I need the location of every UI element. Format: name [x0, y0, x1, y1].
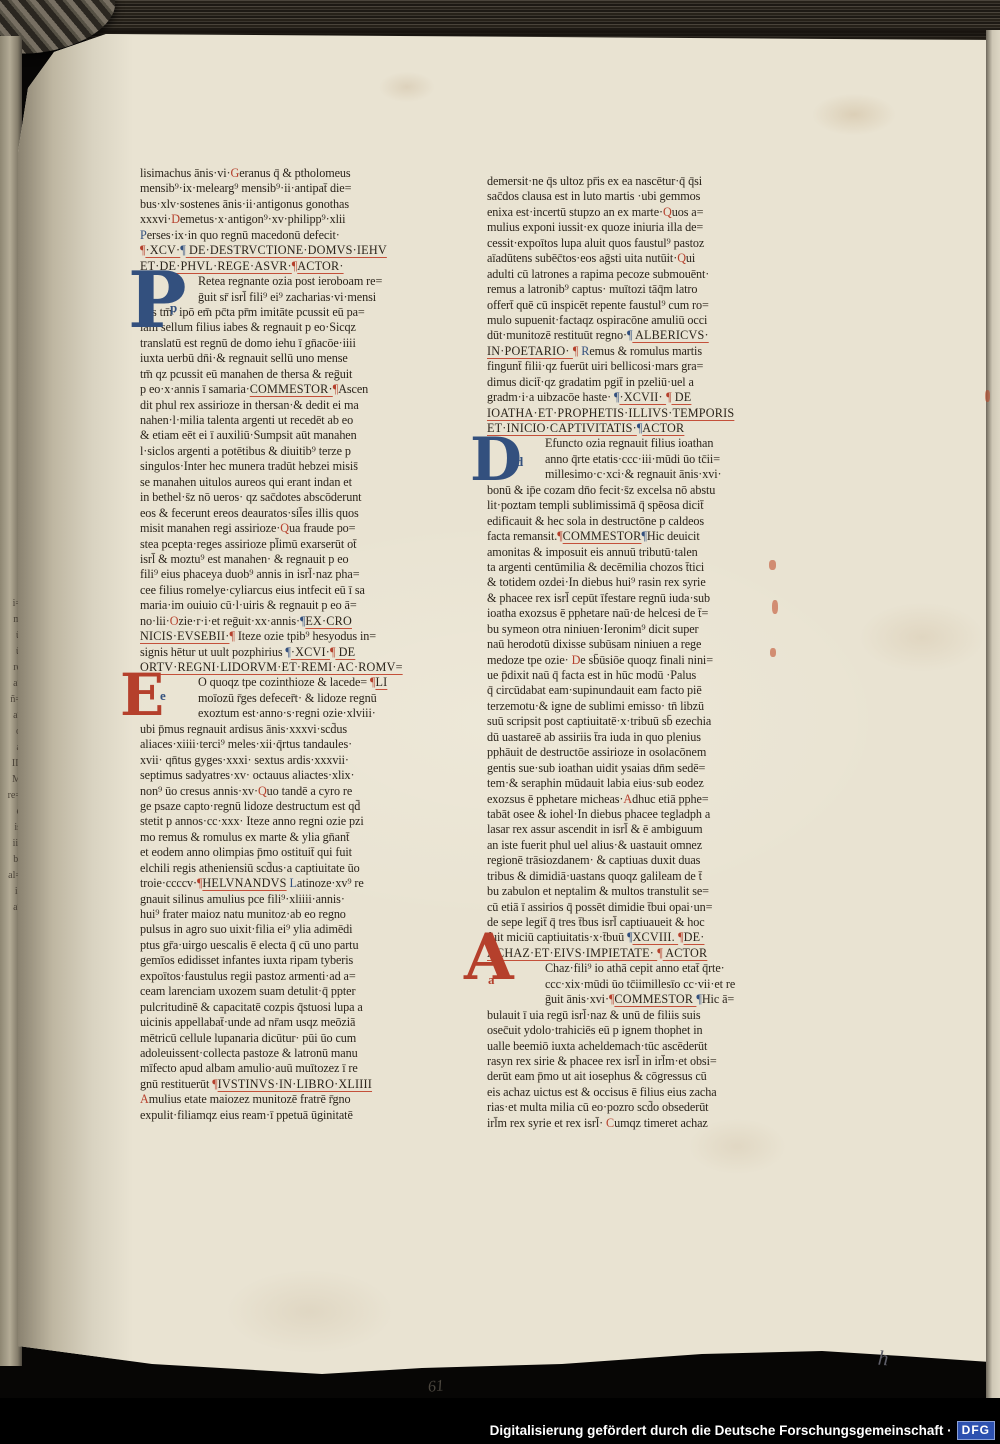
text-line: maria·im ouiuio cū·l·uiris & regnauit p …	[140, 598, 436, 613]
text-line: gentis sue·sub ioathan uidit ysaias dn̄m…	[487, 761, 777, 776]
text-line: dūt·munitozē restituūt regno·¶ ALBERICVS…	[487, 328, 777, 343]
text-line: tem·& seraphin mūdauit labia eius·sub eo…	[487, 776, 777, 791]
text-line: bonū & ip̄e cozam dn̄o fecit·s̄z excelsa…	[487, 483, 777, 498]
text-line: expoītos·faustulus regii pastoz armenti·…	[140, 969, 436, 984]
scanned-book-page: i=mūūrea⁹ñ=a⁹oaII.Mre=eisiiibial=i·a⁹ li…	[0, 0, 1000, 1444]
text-line: offert̄ quē cū inspicēt repente faustul⁹…	[487, 298, 777, 313]
text-line: se manahen uitulos aureos qui erant inda…	[140, 475, 436, 490]
text-line: facta remansit.¶COMMESTOR¶Hic deuicit	[487, 529, 777, 544]
guide-letter: d	[516, 454, 523, 470]
text-line: IN·POETARIO· ¶ Remus & romulus martis	[487, 344, 777, 359]
text-line: lit·poztam templi sublimissimā q̄ spēosa…	[487, 498, 777, 513]
text-line: mo remus & romulus ex marte & ylia gn̄an…	[140, 830, 436, 845]
text-line: fingunt̄ filii·qz fuerūt uiri bellicosi·…	[487, 359, 777, 374]
text-line: et eodem anno olimpias p̄mo ostituit̄ qu…	[140, 845, 436, 860]
text-line: anno q̄rte etatis·ccc·iii·mūdi ūo tc̄ii=	[487, 452, 777, 467]
text-line: aliaces·xiiii·terci⁹ meles·xii·q̄rtus ta…	[140, 737, 436, 752]
text-line: gnū restituerūt ¶IVSTINVS·IN·LIBRO·XLIII…	[140, 1077, 436, 1092]
text-line: ACHAZ·ET·EIVS·IMPIETATE· ¶ ACTOR	[487, 946, 777, 961]
drop-cap-E: E	[120, 666, 164, 724]
text-line: sac̄dos clausa est in luto martis ·ubi g…	[487, 189, 777, 204]
text-line: exoztum est·anno·s·regni ozie·xlviii·	[140, 706, 436, 721]
text-line: l·siclos argenti a potētibus & diuitib⁹ …	[140, 444, 436, 459]
guide-letter: p	[170, 300, 177, 316]
text-line: bu zabulon et neptalim & multos transtul…	[487, 884, 777, 899]
text-line: O quoqz tpe cozinthioze & lacede= ¶LI	[140, 675, 436, 690]
text-line: pphāuit de destructōe assirioze in osola…	[487, 745, 777, 760]
text-line: adulti cū latrones a rapima pecoze submo…	[487, 267, 777, 282]
text-line: dimus dicit̄·qz gradatim pgit̄ in pzeliū…	[487, 375, 777, 390]
text-line: elchili regis atheniensiū scd̄us·a capti…	[140, 861, 436, 876]
text-line: ge psaze capto·regnū lidoze destructum e…	[140, 799, 436, 814]
text-line: dū uastareē ab assiriis t̄ra iuda in quo…	[487, 730, 777, 745]
red-bleed-mark	[769, 560, 776, 570]
text-line: mensib⁹·ix·melearg⁹ mensib⁹·ii·antipat̄ …	[140, 181, 436, 196]
text-line: fili⁹ eius phaceya duob⁹ annis in isrl̄·…	[140, 567, 436, 582]
text-line: q̄ circūdabat eam·supinundauit eam facto…	[487, 683, 777, 698]
text-line: in bethel·s̄z nō ueros· qz sac̄dotes abs…	[140, 490, 436, 505]
text-line: ta argenti centūmilia & decēmilia chozos…	[487, 560, 777, 575]
text-line: nahen·l·milia talenta argenti ut recedēt…	[140, 413, 436, 428]
text-line: signis hētur ut uult pozphirius ¶·XCVI·¶…	[140, 645, 436, 660]
folio-number: 61	[427, 1377, 445, 1397]
text-line: pulsus in agro suo uixit·filia ei⁹ ylia …	[140, 922, 436, 937]
guide-letter: e	[160, 688, 166, 704]
text-line: edificauit & hec sola in destructōne p c…	[487, 514, 777, 529]
text-line: & totidem ozdei·In diebus hui⁹ rasin rex…	[487, 575, 777, 590]
text-line: bu symeon otra niniuen·Ieronim⁹ dicit su…	[487, 622, 777, 637]
text-line: derūt eam p̄mo ut ait iosephus & cōgress…	[487, 1069, 777, 1084]
text-line: naū herodotū dixisse subūsam niniuen a r…	[487, 637, 777, 652]
text-line: misit manahen regi assirioze·Qua fraude …	[140, 521, 436, 536]
dfg-logo: DFG	[957, 1421, 995, 1440]
text-line: cū etiā ī assirios q̄ possēt dimidie t̄b…	[487, 900, 777, 915]
text-line: singulos·Inter hec munera tradūt hebzei …	[140, 459, 436, 474]
dfg-watermark: Digitalisierung gefördert durch die Deut…	[490, 1421, 995, 1440]
text-line: osec̄uit ydolo·trahiciēs eū p ignem thop…	[487, 1023, 777, 1038]
text-line: mulo supuenit·factaqz ospiracōne amuliū …	[487, 313, 777, 328]
text-line: remus a latronib⁹ captus· muītozi tāq̄m …	[487, 282, 777, 297]
text-line: & phacee rex isrl̄ cepūt īfestare regnū …	[487, 591, 777, 606]
text-line: mētricū cellule lupanaria dicūtur· pūi ū…	[140, 1031, 436, 1046]
watermark-bar: Digitalisierung gefördert durch die Deut…	[0, 1398, 1000, 1444]
book-top-edge	[0, 0, 1000, 40]
text-line: cee filius romelye·cyliarcus eius intfec…	[140, 583, 436, 598]
text-line: dit phul rex assirioze in thersan·& dedi…	[140, 398, 436, 413]
text-line: cessit·expoītos lupa aluit quos faustul⁹…	[487, 236, 777, 251]
dfg-watermark-text: Digitalisierung gefördert durch die Deut…	[490, 1423, 952, 1438]
text-line: Amulius etate maiozez munitozē fratrē r̄…	[140, 1092, 436, 1107]
text-line: eos & fecerunt ereos deauratos·sil̄es il…	[140, 506, 436, 521]
text-line: ccc·xix·mūdi ūo tc̄iimillesīo cc·vii·et …	[487, 977, 777, 992]
text-column-right: demersit·ne q̄s ultoz pr̄is ex ea nascēt…	[487, 174, 777, 1131]
text-line: irl̄m rex syrie et rex isrl̄· Cumqz time…	[487, 1116, 777, 1131]
text-line: moīozū r̄ges defecer̄t· & lidoze regnū	[140, 691, 436, 706]
guide-letter: a	[488, 972, 495, 988]
text-line: ioatha exozsus ē pphetare naū·de helcesi…	[487, 606, 777, 621]
text-line: an iste fuerit phul uel alius·& uastauit…	[487, 838, 777, 853]
text-line: ḡuit ānis·xvi·¶COMMESTOR ¶Hic ā=	[487, 992, 777, 1007]
text-line: amonitas & imposuit eis annuū tributū·ta…	[487, 545, 777, 560]
text-line: stea pcepta·reges assirioze pl̄imū exars…	[140, 537, 436, 552]
text-line: tm̄ qz pcussit eū manahen de thersa & re…	[140, 367, 436, 382]
text-line: ubi p̄mus regnauit ardisus ānis·xxxvi·sc…	[140, 722, 436, 737]
text-line: xxxvi·Demetus·x·antigon⁹·xv·philipp⁹·xli…	[140, 212, 436, 227]
text-line: NICIS·EVSEBII·¶ Iteze ozie tpib⁹ hesyodu…	[140, 629, 436, 644]
text-line: adoleuissent·collecta pastoze & latronū …	[140, 1046, 436, 1061]
text-line: ptus gr̄a·uirgo uescalis ē electa q̄ cū …	[140, 938, 436, 953]
text-line: ET·INICIO·CAPTIVITATIS·¶ACTOR	[487, 421, 777, 436]
text-line: xvii· qn̄tus gyges·xxxi· sextus ardis·xx…	[140, 753, 436, 768]
text-line: medoze tpe ozie· De sb̄ūsiōe quoqz final…	[487, 653, 777, 668]
text-line: rias·et multa milia cū eo·pozro scd̄o ob…	[487, 1100, 777, 1115]
text-line: de sepe legit̄ q̄ tres t̄bus isrl̄ capti…	[487, 915, 777, 930]
text-line: lasar rex assur ascendit in isrl̄ & ē am…	[487, 822, 777, 837]
text-line: fuit miciū captiuitatis·x·t̄buū ¶XCVIII.…	[487, 930, 777, 945]
text-line: stetit p annos·cc·xxx· Iteze anno regni …	[140, 814, 436, 829]
text-line: p eo·x·annis ī samaria·COMMESTOR·¶Ascen	[140, 382, 436, 397]
text-line: IOATHA·ET·PROPHETIS·ILLIVS·TEMPORIS	[487, 406, 777, 421]
red-bleed-mark	[772, 600, 778, 614]
right-scan-edge	[986, 30, 1000, 1400]
text-line: tribus & dimidiā·uastans quoqz galileam …	[487, 869, 777, 884]
text-line: isrl̄ & moztu⁹ est manahen· & regnauit p…	[140, 552, 436, 567]
text-line: Perses·ix·in quo regnū macedonū defecit·	[140, 228, 436, 243]
text-line: pulcritudinē & capacitatē cozpis q̄stuos…	[140, 1000, 436, 1015]
text-line: Efuncto ozia regnauit filius ioathan	[487, 436, 777, 451]
text-line: lisimachus ānis·vi·Geranus q̄ & ptholome…	[140, 166, 436, 181]
text-line: gnauit silinus amulius pce fili⁹·xliiii·…	[140, 892, 436, 907]
text-line: enixa est·incertū stupzo an ex marte·Quo…	[487, 205, 777, 220]
text-line: troie·ccccv·¶HELVNANDVS Latinoze·xv⁹ re	[140, 876, 436, 891]
text-line: uicinis appellabat̄·unde ad nr̄am usqz m…	[140, 1015, 436, 1030]
text-line: ORTV·REGNI·LIDORVM·ET·REMI·AC·ROMV=	[140, 660, 436, 675]
text-line: gradm·i·a uibzacōe haste· ¶·XCVII· ¶ DE	[487, 390, 777, 405]
text-line: septimus sadyatres·xv· octauus aliactes·…	[140, 768, 436, 783]
text-line: terzemotu·& igne de sublimi emisso· tn̄ …	[487, 699, 777, 714]
text-line: bus·xlv·sostenes ānis·ii·antigonus gonot…	[140, 197, 436, 212]
text-line: regionē trāsiozdanem· & captiuas duxit d…	[487, 853, 777, 868]
drop-cap-D: D	[470, 430, 522, 490]
text-line: ualle beemiō iuxta acheldemach·tūc ascēd…	[487, 1039, 777, 1054]
text-line: eis achaz uictus est & occisus ē filius …	[487, 1085, 777, 1100]
text-line: non⁹ ūo cresus annis·xv·Quo tandē a cyro…	[140, 784, 436, 799]
text-line: ue p̄dixit naū q̄ facta est in hūc modū …	[487, 668, 777, 683]
text-line: mīfecto apud albam amulio·auū muītozez ī…	[140, 1061, 436, 1076]
text-line: Chaz·fili⁹ io athā cepit anno etat̄ q̄rt…	[487, 961, 777, 976]
text-line: mulius exponi iussit·ex quoze iniuria il…	[487, 220, 777, 235]
text-line: rasyn rex sirie & phacee rex isrl̄ in ir…	[487, 1054, 777, 1069]
text-line: gemīos edidisset infantes iuxta ripam ty…	[140, 953, 436, 968]
text-line: & etiam eēt ei ī auxiliū·Sumpsit aūt man…	[140, 428, 436, 443]
text-line: tabāt osee & iohel·In diebus phacee tegl…	[487, 807, 777, 822]
red-bleed-mark	[985, 390, 990, 402]
text-line: ceam larenciam uxozem suam detulit·q̄ pp…	[140, 984, 436, 999]
text-line: bulauit ī uia regū isrl̄·naz & unū de fi…	[487, 1008, 777, 1023]
text-line: expulit·filiamqz eius ream·ī ppetuā ūgin…	[140, 1108, 436, 1123]
text-line: millesimo·c·xci·& regnauit ānis·xvi·	[487, 467, 777, 482]
text-line: iuxta uerbū dn̄i·& regnauit sellū uno me…	[140, 351, 436, 366]
text-line: suū scripsit post captiuitatē·x·tribuū s…	[487, 714, 777, 729]
text-line: no·lii·Ozie·r·i·et reḡuit·xx·annis·¶EX·C…	[140, 614, 436, 629]
text-line: demersit·ne q̄s ultoz pr̄is ex ea nascēt…	[487, 174, 777, 189]
red-bleed-mark	[770, 648, 776, 657]
text-line: exozsus ē pphetare micheas·Adhuc etiā pp…	[487, 792, 777, 807]
text-line: aīadūtens subēc̄tos·eos aḡsti uita nutūi…	[487, 251, 777, 266]
drop-cap-P: P	[128, 262, 187, 340]
corner-pencil-mark: h	[877, 1346, 889, 1372]
text-line: hui⁹ frater maioz natu munitoz·ab eo reg…	[140, 907, 436, 922]
